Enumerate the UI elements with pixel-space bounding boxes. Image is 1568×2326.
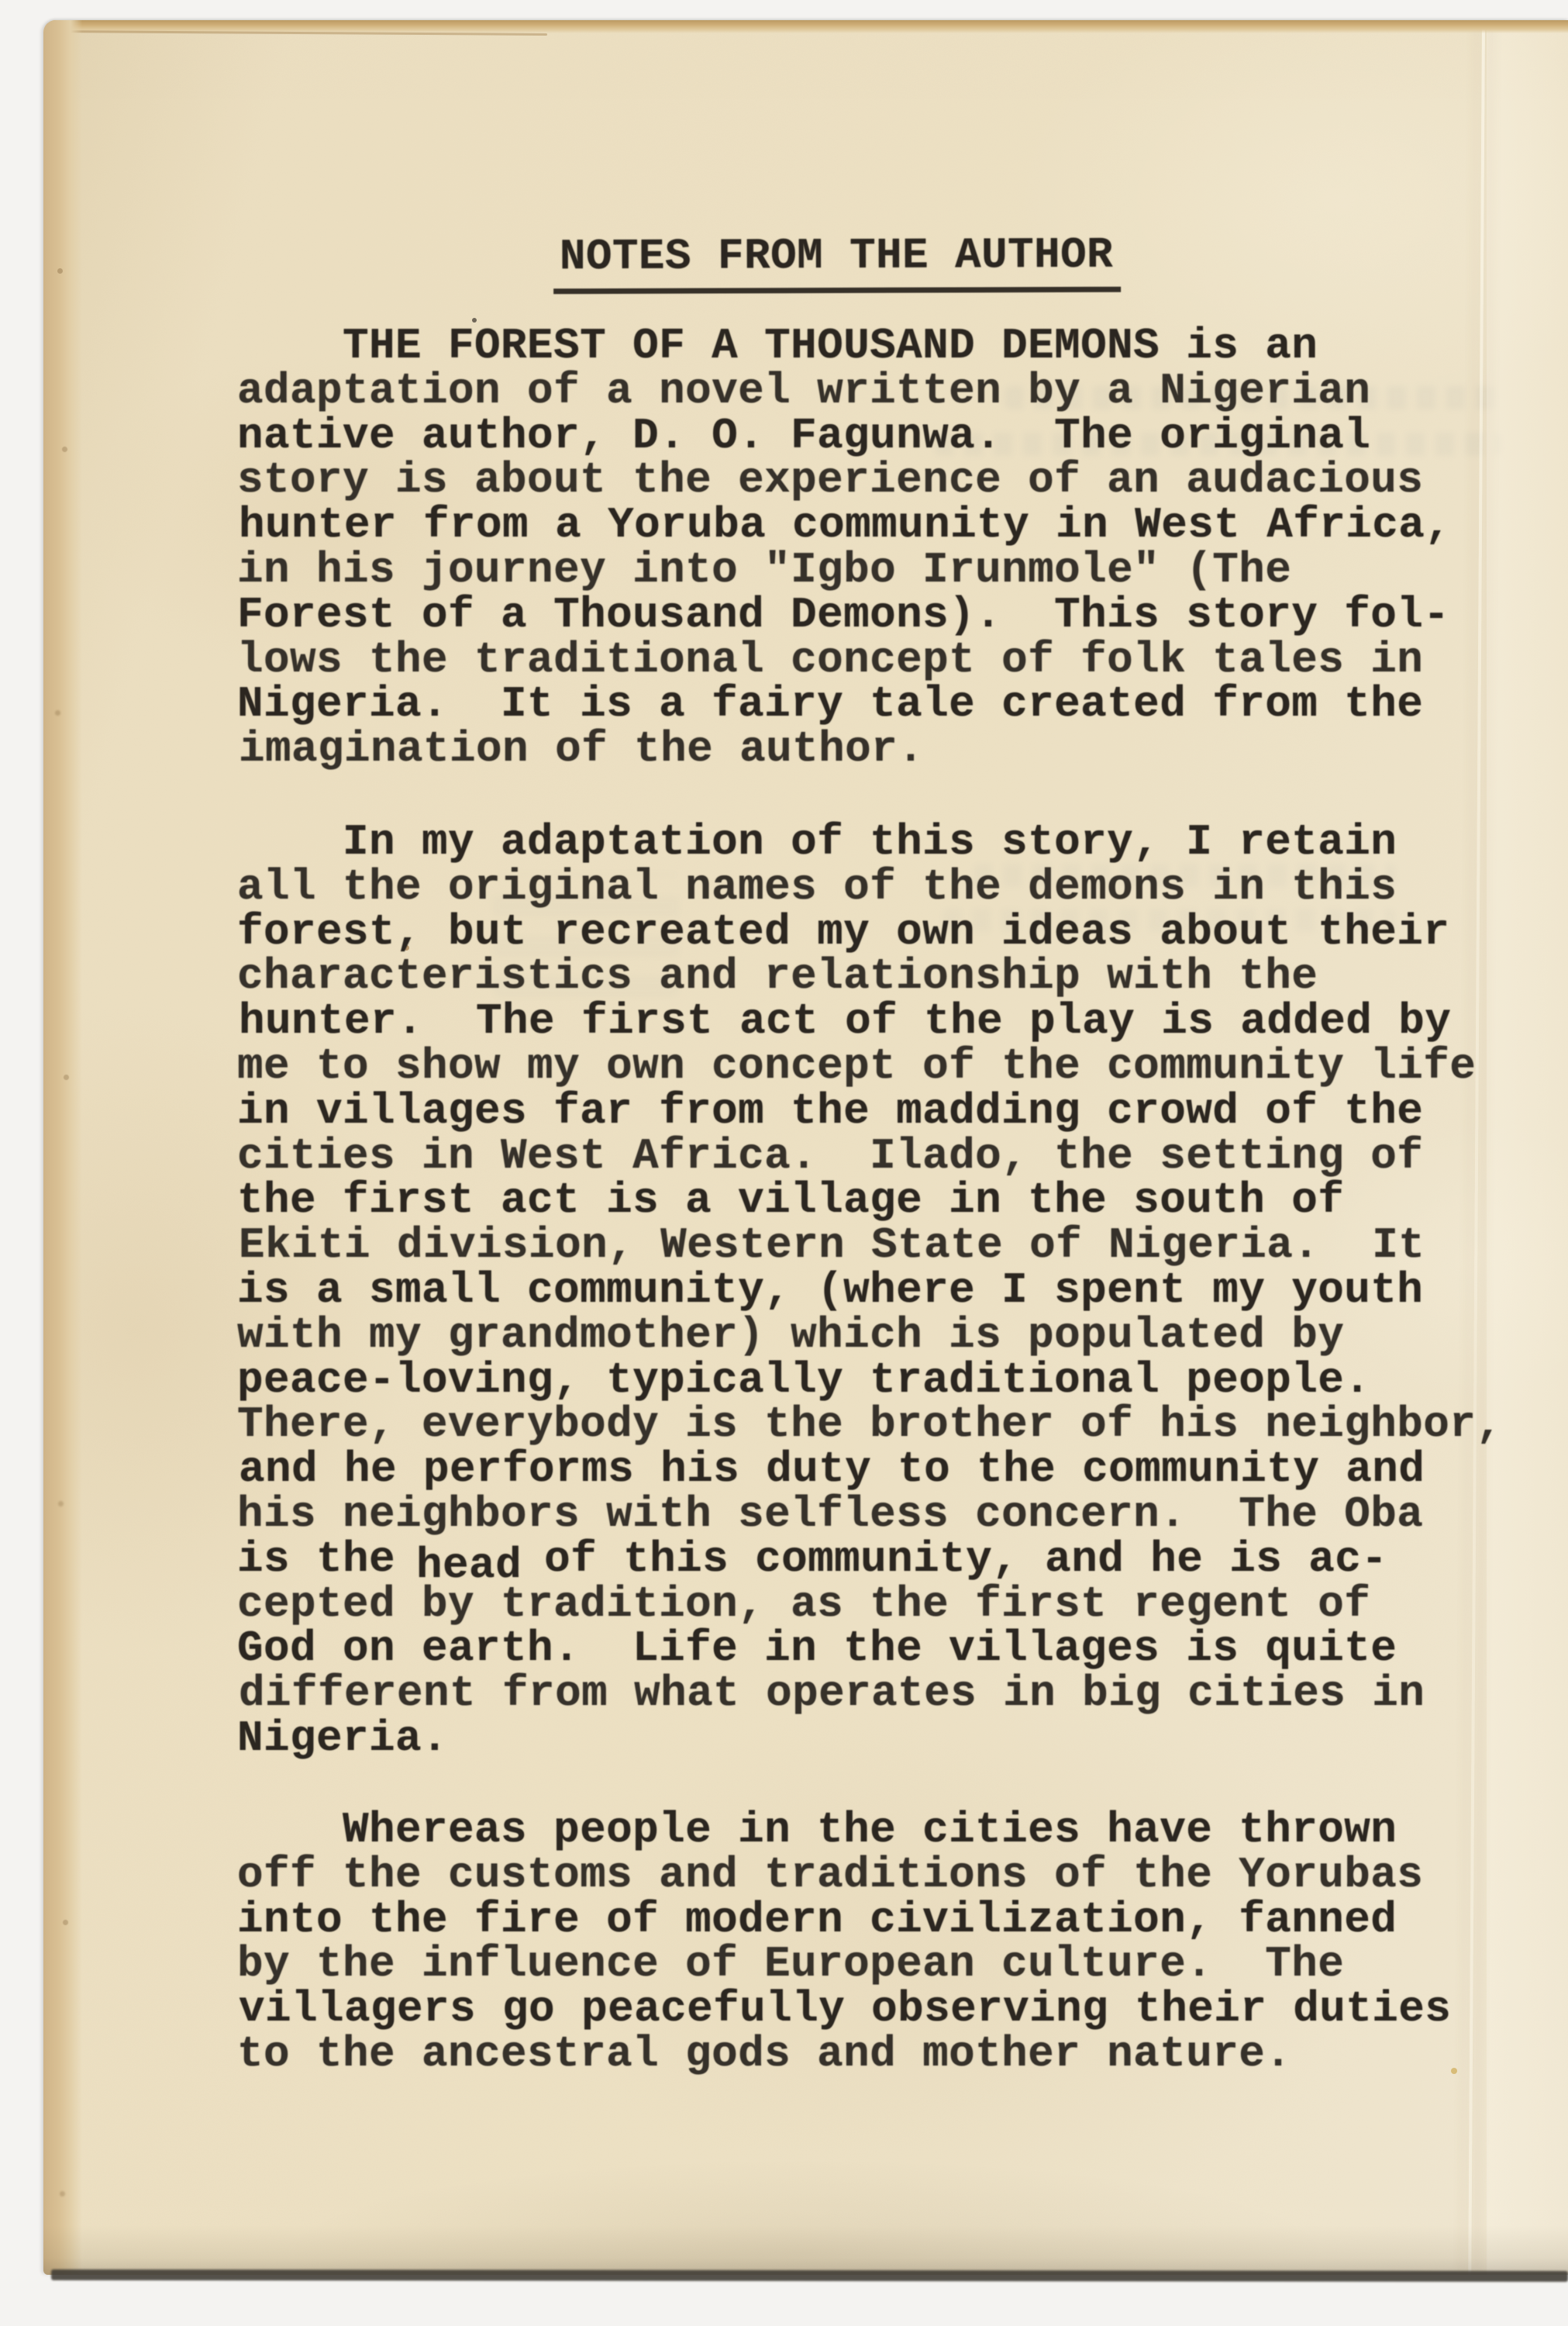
paragraph-3: Whereas people in the cities have thrown… (237, 1808, 1449, 2077)
scanned-document: NOTES FROM THE AUTHOR THE FOREST OF A TH… (0, 0, 1568, 2326)
text-line: story is about the experience of an auda… (237, 458, 1449, 503)
text-line: God on earth. Life in the villages is qu… (237, 1627, 1502, 1672)
text-line: native author, D. O. Fagunwa. The origin… (237, 414, 1449, 459)
text-line: and he performs his duty to the communit… (239, 1448, 1504, 1493)
paragraph-2: In my adaptation of this story, I retain… (237, 820, 1502, 1762)
text-line: is the head of this community, and he is… (237, 1537, 1502, 1582)
inserted-word: head (416, 1544, 522, 1589)
text-line: Ekiti division, Western State of Nigeria… (239, 1223, 1504, 1268)
text-line: in his journey into "Igbo Irunmole" (The (237, 548, 1449, 593)
text-line: forest, but recreated my own ideas about… (237, 910, 1502, 955)
text-line: hunter. The first act of the play is add… (239, 999, 1504, 1044)
text-line: with my grandmother) which is populated … (237, 1313, 1502, 1358)
text-line: to the ancestral gods and mother nature. (237, 2032, 1449, 2077)
text-line: In my adaptation of this story, I retain (237, 820, 1502, 865)
text-line: villagers go peacefully observing their … (239, 1987, 1451, 2032)
page-bottom-shadow-band (51, 2269, 1568, 2282)
text-line: characteristics and relationship with th… (237, 954, 1502, 999)
text-line: There, everybody is the brother of his n… (237, 1403, 1502, 1448)
text-line: lows the traditional concept of folk tal… (237, 638, 1449, 683)
text-line: all the original names of the demons in … (237, 865, 1502, 910)
document-title-text: NOTES FROM THE AUTHOR (553, 230, 1121, 295)
text-line: Whereas people in the cities have thrown (237, 1808, 1449, 1853)
text-line: Forest of a Thousand Demons). This story… (237, 593, 1449, 638)
text-line: me to show my own concept of the communi… (237, 1044, 1502, 1089)
text-line: hunter from a Yoruba community in West A… (239, 503, 1451, 548)
text-line: adaptation of a novel written by a Niger… (237, 369, 1449, 414)
text-line: different from what operates in big citi… (239, 1672, 1504, 1717)
text-line: into the fire of modern civilization, fa… (237, 1898, 1449, 1943)
text-line: in villages far from the madding crowd o… (237, 1089, 1502, 1134)
text-line: peace-loving, typically traditional peop… (237, 1358, 1502, 1403)
paragraph-1: THE FOREST OF A THOUSAND DEMONS is anada… (237, 324, 1449, 772)
text-line: by the influence of European culture. Th… (237, 1942, 1449, 1987)
text-line: is a small community, (where I spent my … (237, 1268, 1502, 1313)
text-line: cities in West Africa. Ilado, the settin… (237, 1134, 1502, 1179)
text-line: the first act is a village in the south … (237, 1179, 1502, 1223)
text-line: THE FOREST OF A THOUSAND DEMONS is an (237, 324, 1449, 369)
text-line: his neighbors with selfless concern. The… (237, 1493, 1502, 1537)
typewritten-text-layer: NOTES FROM THE AUTHOR THE FOREST OF A TH… (0, 0, 1568, 2326)
text-line: Nigeria. It is a fairy tale created from… (237, 682, 1449, 727)
document-title: NOTES FROM THE AUTHOR (553, 231, 1121, 293)
text-line: off the customs and traditions of the Yo… (237, 1853, 1449, 1898)
text-line: Nigeria. (237, 1717, 1502, 1762)
text-line: imagination of the author. (239, 727, 1451, 772)
